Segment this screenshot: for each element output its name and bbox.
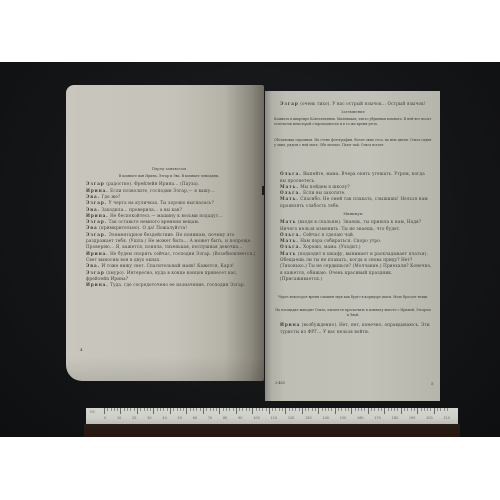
dialogue-text: Спасибо. Не смей так плакать, слышишь! Н… [280, 196, 428, 207]
speaker-name: Мать. [280, 238, 299, 243]
right-page: Эзгар (очень тихо). У вас острый язычок.… [265, 91, 440, 401]
dialogue-text: Мы пойдем в школу? [300, 184, 350, 189]
dialogue-line: Мать (подходит к шкафу, вынимает и раскл… [274, 251, 432, 282]
speaker-name: Ирина. [86, 251, 109, 256]
ruler-label: 130 [305, 416, 311, 420]
dialogue-text: Если позволите, господин Эзгар,— я вашу.… [110, 188, 215, 193]
ruler-label: 90 [238, 416, 242, 420]
right-page-heading: Затемнение [274, 110, 432, 114]
dialogue-line: Ирина. Туда, где сосредоточено ее назнач… [80, 282, 258, 288]
stage-note-1: Через некоторое время слышен звук как бу… [274, 295, 432, 304]
dialogue-line: Мать (входя в спальню). Знаешь, ты пришл… [274, 219, 432, 232]
dialogue-text: Туда, где сосредоточено ее назначение, г… [110, 282, 245, 287]
speaker-name: Эзгар [86, 181, 105, 186]
speaker-name: Ольга. [280, 244, 302, 249]
speaker-name: Эзгар. [86, 219, 107, 224]
speaker-name: Мать. [280, 184, 299, 189]
speaker-name: Мать [280, 219, 296, 224]
dialogue-text: (примирительно). О да! Пожалуйста! [99, 225, 187, 230]
stage-paragraph-2: Обстановка скромная. На стене фотографии… [274, 138, 432, 169]
dialogue-text: И тоже вижу свет. Спасительный маяк! Каж… [102, 263, 235, 268]
speaker-name: Ирина. [86, 213, 109, 218]
ruler-brand: MS [90, 410, 95, 414]
dialogue-text: У черта на куличках. Ты хорошо выспалась… [109, 200, 214, 205]
dialogue-line: Эзгар (очень тихо). У вас острый язычок.… [274, 101, 432, 107]
speaker-name: Эва. [86, 194, 100, 199]
ruler-label: 100 [253, 416, 259, 420]
ruler-label: 120 [288, 416, 294, 420]
ruler-label: 80 [223, 416, 227, 420]
speaker-name: Ольга. [280, 190, 302, 195]
speaker-name: Ирина. [86, 188, 109, 193]
speaker-name: Эва [86, 225, 98, 230]
dialogue-text: Выпейте, мама. Вчера опять утешать. Утро… [280, 171, 425, 182]
dialogue-text: Не будем спорить сейчас, господин Эзгар.… [86, 251, 256, 262]
dialogue-list-1: Ольга. Выпейте, мама. Вчера опять утешат… [274, 171, 432, 209]
speaker-name: Ольга. [280, 171, 302, 176]
speaker-name: Мать [280, 251, 296, 256]
dialogue-text: Так оставьте немного времени вещам. [109, 219, 200, 224]
dialogue-line: Ирина (возбужденно). Нет, нет, конечно, … [274, 322, 432, 341]
ruler-labels: 0102030405060708090100110120130140150160… [104, 416, 450, 420]
ruler-label: 30 [147, 416, 151, 420]
ruler-area: MS 0102030405060708090100110120130140150… [0, 380, 500, 437]
dialogue-list: Эзгар (радостно). Фрейлейн Ирина... (Пау… [80, 181, 258, 353]
ruler-label: 170 [374, 416, 380, 420]
dialogue-text: Заходила... проверила... а вы как? [102, 207, 183, 212]
dialogue-line: Мать. Спасибо. Не смей так плакать, слыш… [274, 196, 432, 209]
dialogue-text: Хорошо, мама. (Уходит.) [303, 244, 361, 249]
speaker-name: Эва. [86, 263, 100, 268]
dialogue-list-2: Мать (входя в спальню). Знаешь, ты пришл… [274, 219, 432, 289]
right-page-text: Эзгар (очень тихо). У вас острый язычок.… [274, 101, 432, 341]
left-page-heading: Перед занавесом [80, 167, 258, 171]
speaker-name: Эзгар. [86, 232, 107, 237]
dialogue-text: Сейчас я сделаю чай. [303, 232, 354, 237]
speaker-name: Эва. [86, 207, 100, 212]
ruler-label: 20 [132, 416, 136, 420]
ruler-label: 70 [208, 416, 212, 420]
dialogue-line: Эзгар. Элементарное бездействие. Не пони… [80, 232, 258, 251]
dialogue-text: Нам пора собираться. Скоро утро. [300, 238, 381, 243]
dialogue-text: (подходит к шкафу, вынимает и раскладыва… [280, 251, 432, 281]
ruler-label: 0 [104, 416, 106, 420]
ruler-label: 200 [426, 416, 432, 420]
speaker-name: Ольга. [280, 232, 302, 237]
speaker-name: Мать. [280, 196, 299, 201]
left-page: Перед занавесом В комнате пан Ирина, Эзг… [66, 85, 264, 381]
ruler-label: 40 [162, 416, 166, 420]
ruler-label: 180 [392, 416, 398, 420]
dialogue-line: Ольга. Выпейте, мама. Вчера опять утешат… [274, 171, 432, 184]
ruler-label: 150 [340, 416, 346, 420]
stage-paragraph-1: Комната в квартире Константинов. Маленьк… [274, 117, 432, 135]
left-page-text: Перед занавесом В комнате пан Ирина, Эзг… [80, 167, 258, 353]
dialogue-line: Эзгар (хмуро). Интересно, куда в конце к… [80, 270, 258, 283]
ruler: MS 0102030405060708090100110120130140150… [86, 408, 458, 424]
ruler-label: 50 [178, 416, 182, 420]
ruler-label: 190 [409, 416, 415, 420]
speaker-name: Эзгар [86, 270, 105, 275]
ruler-label: 10 [117, 416, 121, 420]
dialogue-text: (хмуро). Интересно, куда в конце концов … [86, 270, 238, 281]
dialogue-text: (очень тихо). У вас острый язычок... Ост… [300, 101, 426, 106]
speaker-name: Ирина [280, 322, 300, 327]
ruler-label: 140 [322, 416, 328, 420]
dialogue-text: (входя в спальню). Знаешь, ты пришла к н… [280, 219, 421, 230]
speaker-name: Эзгар. [86, 200, 107, 205]
ruler-shadow-base [84, 424, 460, 437]
photo-scene: Перед занавесом В комнате пан Ирина, Эзг… [0, 62, 500, 437]
speaker-name: Ирина. [86, 282, 109, 287]
ruler-ticks [104, 408, 450, 416]
dialogue-text: (возбужденно). Нет, нет, конечно, оправд… [280, 322, 430, 333]
dialogue-text: Элементарное бездействие. Не понимаю, по… [86, 232, 252, 250]
dialogue-text: Где же? [102, 194, 121, 199]
ruler-label: 210 [444, 416, 450, 420]
ruler-label: 60 [193, 416, 197, 420]
ruler-tick [447, 408, 450, 411]
ruler-label: 160 [357, 416, 363, 420]
stage-note-2: На площадке выходит Ольга, пытается прос… [274, 308, 432, 317]
dialogue-text: Если вы захотите. [303, 190, 346, 195]
ruler-label: 110 [271, 416, 277, 420]
left-page-number: 4 [80, 347, 83, 352]
dialogue-text: (радостно). Фрейлейн Ирина... (Пауза). [106, 181, 199, 186]
speaker-name: Эзгар [280, 101, 299, 106]
dialogue-text: Не беспокойтесь — машину к восьми подаду… [110, 213, 223, 218]
dialogue-line: Ирина. Не будем спорить сейчас, господин… [80, 251, 258, 264]
right-page-heading-2: Минимум [274, 212, 432, 216]
